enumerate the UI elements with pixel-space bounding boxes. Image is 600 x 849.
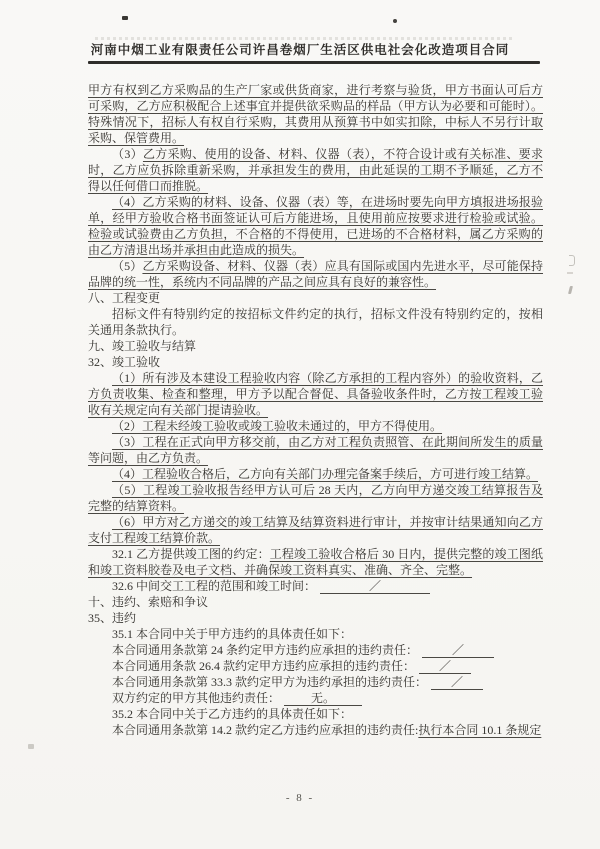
text-segment: 35.2 本合同中关于乙方违约的具体责任如下：: [112, 707, 352, 721]
paragraph: （4）工程验收合格后，乙方向有关部门办理完备案手续后，方可进行竣工结算。: [88, 466, 543, 482]
paragraph: 35、违约: [88, 610, 543, 626]
text-segment: 本合同通用条款第 14.2 款约定乙方违约应承担的违约责任:: [112, 723, 418, 737]
fill-in-blank: ／: [419, 660, 471, 674]
paragraph: 本合同通用条款 26.4 款约定甲方违约应承担的违约责任：／: [88, 658, 543, 674]
paragraph: （4）乙方采购的材料、设备、仪器（表）等，在进场时要先向甲方填报进场报验单，经甲…: [88, 194, 543, 258]
text-segment: 九、竣工验收与结算: [88, 339, 196, 353]
paragraph: （5）工程竣工验收报告经甲方认可后 28 天内，乙方向甲方递交竣工结算报告及完整…: [88, 482, 543, 514]
scan-margin-mark: [568, 286, 573, 294]
text-segment: 甲方有权到乙方采购品的生产厂家或供货商家，进行考察与验货，甲方书面认可后方可采购…: [88, 83, 543, 145]
paragraph: 35.1 本合同中关于甲方违约的具体责任如下：: [88, 626, 543, 642]
text-segment: 双方约定的甲方其他违约责任：: [112, 691, 280, 705]
text-segment: 32、竣工验收: [88, 355, 160, 369]
text-segment: （1）所有涉及本建设工程验收内容（除乙方承担的工程内容外）的验收资料，乙方负责收…: [88, 371, 543, 417]
paragraph: 32.6 中间交工工程的范围和竣工时间：／: [88, 578, 543, 594]
fill-in-blank: ／: [320, 580, 430, 594]
paragraph: 本合同通用条款第 24 条约定甲方违约应承担的违约责任：／: [88, 642, 543, 658]
paragraph: 32、竣工验收: [88, 354, 543, 370]
paragraph: 32.1 乙方提供竣工图的约定：工程竣工验收合格后 30 日内，提供完整的竣工图…: [88, 546, 543, 578]
paragraph: 十、违约、索赔和争议: [88, 594, 543, 610]
fill-in-blank: 无。: [284, 692, 362, 706]
page-number: - 8 -: [286, 792, 314, 804]
header-divider-rule: [88, 61, 540, 64]
text-segment: （6）甲方对乙方递交的竣工结算及结算资料进行审计，并按审计结果通知向乙方支付工程…: [88, 515, 543, 545]
text-segment: 招标文件有特别约定的按招标文件约定的执行，招标文件没有特别约定的，按相关通用条款…: [88, 307, 543, 337]
fill-in-blank: ／: [422, 644, 494, 658]
paragraph: 招标文件有特别约定的按招标文件约定的执行，招标文件没有特别约定的，按相关通用条款…: [88, 306, 543, 338]
paragraph: 八、工程变更: [88, 290, 543, 306]
scan-margin-mark: [569, 255, 575, 266]
paragraph: （3）工程在正式向甲方移交前，由乙方对工程负责照管、在此期间所发生的质量等问题，…: [88, 434, 543, 466]
scan-smudge: [28, 744, 34, 749]
fill-in-blank: ／: [431, 676, 483, 690]
contract-title: 河南中烟工业有限责任公司许昌卷烟厂生活区供电社会化改造项目合同: [91, 40, 510, 58]
text-segment: 32.1 乙方提供竣工图的约定：: [112, 547, 270, 561]
paragraph: 35.2 本合同中关于乙方违约的具体责任如下：: [88, 706, 543, 722]
paragraph: 甲方有权到乙方采购品的生产厂家或供货商家，进行考察与验货，甲方书面认可后方可采购…: [88, 82, 543, 146]
scan-speck-dot: [122, 16, 128, 20]
scanned-contract-page: 河南中烟工业有限责任公司许昌卷烟厂生活区供电社会化改造项目合同 甲方有权到乙方采…: [0, 0, 600, 849]
text-segment: （3）: [112, 147, 143, 161]
paragraph: （2）工程未经竣工验收或竣工验收未通过的，甲方不得使用。: [88, 418, 543, 434]
text-segment: 本合同通用条款第 24 条约定甲方违约应承担的违约责任：: [112, 643, 418, 657]
text-segment: （4）工程验收合格后，乙方向有关部门办理完备案手续后，方可进行竣工结算。: [112, 467, 538, 481]
paragraph: （1）所有涉及本建设工程验收内容（除乙方承担的工程内容外）的验收资料，乙方负责收…: [88, 370, 543, 418]
text-segment: （5）工程竣工验收报告经甲方认可后 28 天内，乙方向甲方递交竣工结算报告及完整…: [88, 483, 543, 513]
text-segment: 十、违约、索赔和争议: [88, 595, 208, 609]
text-segment: （4）乙方采购的材料、设备、仪器（表）等，在进场时要先向甲方填报进场报验单，经甲…: [88, 195, 543, 257]
scan-margin-mark: [567, 272, 573, 274]
text-segment: （2）工程未经竣工验收或竣工验收未通过的，甲方不得使用。: [112, 419, 442, 433]
text-segment: 乙方采购、使用的设备、材料、仪器（表），不符合设计或有关标准、要求时，乙方应负拆…: [88, 147, 543, 193]
paragraph: 本合同通用条款第 14.2 款约定乙方违约应承担的违约责任:执行本合同 10.1…: [88, 722, 543, 738]
scan-speck-dot: [393, 19, 397, 23]
text-segment: 执行本合同 10.1 条规定: [418, 723, 541, 737]
paragraph: （5）乙方采购设备、材料、仪器（表）应具有国际或国内先进水平，尽可能保持品牌的统…: [88, 258, 543, 290]
text-segment: 八、工程变更: [88, 291, 160, 305]
text-segment: 35.1 本合同中关于甲方违约的具体责任如下：: [112, 627, 352, 641]
text-segment: 35、违约: [88, 611, 136, 625]
paragraph: 九、竣工验收与结算: [88, 338, 543, 354]
paragraph: 双方约定的甲方其他违约责任：无。: [88, 690, 543, 706]
contract-body: 甲方有权到乙方采购品的生产厂家或供货商家，进行考察与验货，甲方书面认可后方可采购…: [88, 82, 543, 738]
paragraph: 本合同通用条款第 33.3 款约定甲方为违约承担的违约责任：／: [88, 674, 543, 690]
text-segment: （5）: [112, 259, 142, 273]
text-segment: 本合同通用条款第 33.3 款约定甲方为违约承担的违约责任：: [112, 675, 427, 689]
text-segment: 本合同通用条款 26.4 款约定甲方违约应承担的违约责任：: [112, 659, 415, 673]
text-segment: （3）工程在正式向甲方移交前，由乙方对工程负责照管、在此期间所发生的质量等问题，…: [88, 435, 543, 465]
paragraph: （6）甲方对乙方递交的竣工结算及结算资料进行审计，并按审计结果通知向乙方支付工程…: [88, 514, 543, 546]
paragraph: （3）乙方采购、使用的设备、材料、仪器（表），不符合设计或有关标准、要求时，乙方…: [88, 146, 543, 194]
text-segment: 乙方采购设备、材料、仪器（表）应具有国际或国内先进水平，尽可能保持品牌的统一性，…: [88, 259, 543, 289]
text-segment: 32.6 中间交工工程的范围和竣工时间：: [112, 579, 316, 593]
